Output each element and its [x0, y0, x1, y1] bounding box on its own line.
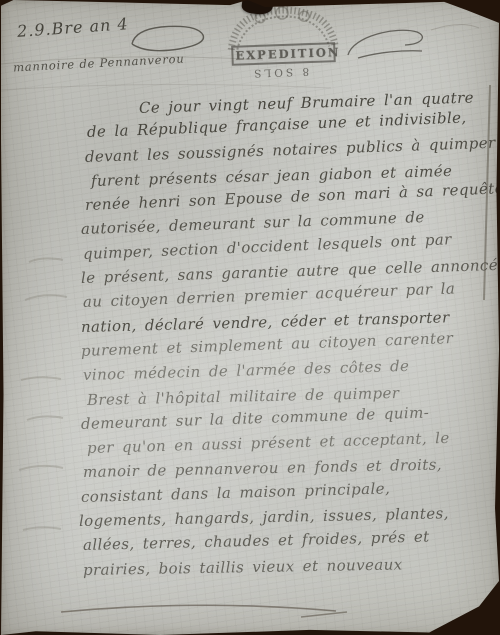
property-annotation: mannoire de Pennanverou [13, 52, 185, 75]
stamp-sols-label: 8 SOLS [244, 65, 316, 80]
date-annotation: 2.9.Bre an 4 [16, 14, 129, 41]
pen-flourish-left-icon [132, 26, 204, 50]
stamp-expedition-label: EXPEDITION [231, 42, 336, 66]
photo-background: 2.9.Bre an 4 mannoire de Pennanverou EXP… [0, 0, 500, 635]
fiscal-stamp: EXPEDITION 8 SOLS [224, 2, 343, 80]
ink-bleedthrough-marks [19, 258, 67, 530]
pen-flourish-right-icon [348, 30, 422, 58]
manuscript-paper: 2.9.Bre an 4 mannoire de Pennanverou EXP… [1, 0, 499, 635]
manuscript-text: Ce jour vingt neuf Brumaire l'an quatre … [81, 96, 497, 582]
